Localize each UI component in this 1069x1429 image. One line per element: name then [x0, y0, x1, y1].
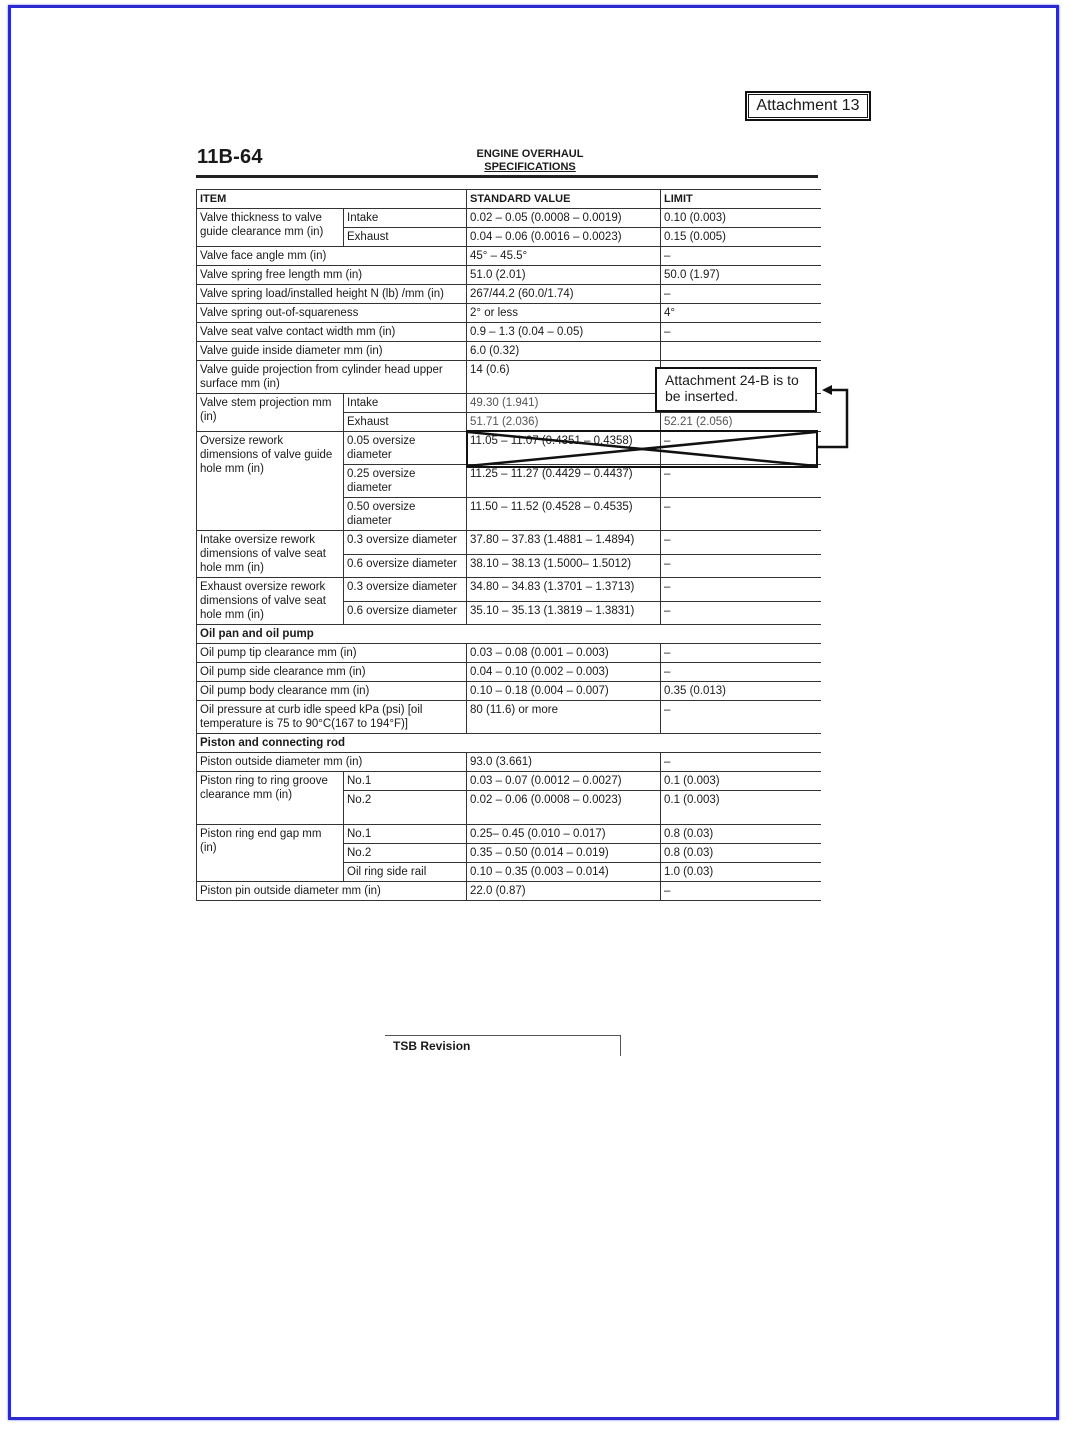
item-cell: Exhaust oversize rework dimensions of va… [197, 578, 344, 625]
limit-cell: – [661, 644, 821, 663]
sub-item-cell: No.1 [344, 825, 467, 844]
sub-item-cell: No.1 [344, 772, 467, 791]
item-cell: Valve guide projection from cylinder hea… [197, 361, 467, 394]
sub-item-cell: No.2 [344, 791, 467, 825]
limit-cell: – [661, 465, 821, 498]
limit-cell: 0.10 (0.003) [661, 209, 821, 228]
limit-cell: – [661, 554, 821, 578]
limit-cell: – [661, 498, 821, 531]
limit-cell: – [661, 285, 821, 304]
standard-cell: 0.25– 0.45 (0.010 – 0.017) [467, 825, 661, 844]
attachment-label: Attachment 13 [745, 91, 871, 121]
table-row: Valve seat valve contact width mm (in) 0… [197, 323, 821, 342]
sub-item-cell: Exhaust [344, 413, 467, 432]
cross-out-icon [468, 432, 816, 466]
sub-item-cell: 0.6 oversize diameter [344, 554, 467, 578]
item-cell: Oil pump tip clearance mm (in) [197, 644, 467, 663]
table-row: Valve spring load/installed height N (lb… [197, 285, 821, 304]
standard-cell-struck: 51.71 (2.036) [467, 413, 661, 432]
table-row: Valve guide inside diameter mm (in) 6.0 … [197, 342, 821, 361]
limit-cell: – [661, 753, 821, 772]
table-row: Piston ring end gap mm (in) No.1 0.25– 0… [197, 825, 821, 844]
footer-tsb-revision: TSB Revision [385, 1035, 621, 1056]
section-row: Piston and connecting rod [197, 734, 821, 753]
standard-cell: 0.10 – 0.35 (0.003 – 0.014) [467, 863, 661, 882]
item-cell: Valve stem projection mm (in) [197, 394, 344, 432]
standard-cell: 38.10 – 38.13 (1.5000– 1.5012) [467, 554, 661, 578]
table-row: Oil pressure at curb idle speed kPa (psi… [197, 701, 821, 734]
limit-cell: 0.8 (0.03) [661, 825, 821, 844]
page-number: 11B-64 [197, 146, 263, 169]
table-row: Piston outside diameter mm (in) 93.0 (3.… [197, 753, 821, 772]
item-cell: Oversize rework dimensions of valve guid… [197, 432, 344, 531]
column-header-limit: LIMIT [661, 190, 821, 209]
attachment-callout: Attachment 24-B is to be inserted. [655, 367, 817, 412]
standard-cell: 51.0 (2.01) [467, 266, 661, 285]
limit-cell: 0.1 (0.003) [661, 772, 821, 791]
item-cell: Piston outside diameter mm (in) [197, 753, 467, 772]
limit-cell: – [661, 601, 821, 625]
standard-cell: 0.03 – 0.07 (0.0012 – 0.0027) [467, 772, 661, 791]
table-row: Valve spring free length mm (in) 51.0 (2… [197, 266, 821, 285]
standard-cell: 22.0 (0.87) [467, 882, 661, 901]
standard-cell: 14 (0.6) [467, 361, 661, 394]
item-cell: Oil pump side clearance mm (in) [197, 663, 467, 682]
item-cell: Oil pump body clearance mm (in) [197, 682, 467, 701]
standard-cell: 93.0 (3.661) [467, 753, 661, 772]
section-title: ENGINE OVERHAUL SPECIFICATIONS [440, 148, 620, 174]
item-cell: Piston ring to ring groove clearance mm … [197, 772, 344, 825]
item-cell: Intake oversize rework dimensions of val… [197, 531, 344, 578]
item-cell: Piston pin outside diameter mm (in) [197, 882, 467, 901]
table-row: Oil pump body clearance mm (in) 0.10 – 0… [197, 682, 821, 701]
limit-cell: 0.8 (0.03) [661, 844, 821, 863]
sub-item-cell: 0.3 oversize diameter [344, 531, 467, 555]
table-header-row: ITEM STANDARD VALUE LIMIT [197, 190, 821, 209]
table-row: Valve thickness to valve guide clearance… [197, 209, 821, 228]
callout-arrow-icon [810, 380, 860, 460]
standard-cell: 35.10 – 35.13 (1.3819 – 1.3831) [467, 601, 661, 625]
limit-cell: 0.35 (0.013) [661, 682, 821, 701]
item-cell: Valve guide inside diameter mm (in) [197, 342, 467, 361]
item-cell: Valve spring free length mm (in) [197, 266, 467, 285]
sub-item-cell: 0.05 oversize diameter [344, 432, 467, 465]
table-row: Valve face angle mm (in) 45° – 45.5° – [197, 247, 821, 266]
limit-cell: – [661, 701, 821, 734]
spec-table: ITEM STANDARD VALUE LIMIT Valve thicknes… [196, 189, 821, 901]
standard-cell: 0.35 – 0.50 (0.014 – 0.019) [467, 844, 661, 863]
table-row: Piston ring to ring groove clearance mm … [197, 772, 821, 791]
limit-cell: 0.15 (0.005) [661, 228, 821, 247]
table-row: Oil pump tip clearance mm (in) 0.03 – 0.… [197, 644, 821, 663]
section-title-main: ENGINE OVERHAUL [477, 148, 584, 160]
limit-cell [661, 342, 821, 361]
item-cell: Valve face angle mm (in) [197, 247, 467, 266]
item-cell: Oil pressure at curb idle speed kPa (psi… [197, 701, 467, 734]
section-heading: Piston and connecting rod [197, 734, 821, 753]
standard-cell: 0.04 – 0.10 (0.002 – 0.003) [467, 663, 661, 682]
standard-cell: 0.9 – 1.3 (0.04 – 0.05) [467, 323, 661, 342]
strikethrough-box [466, 430, 818, 468]
limit-cell: – [661, 247, 821, 266]
table-row: Intake oversize rework dimensions of val… [197, 531, 821, 555]
limit-cell: – [661, 663, 821, 682]
sub-item-cell: Exhaust [344, 228, 467, 247]
standard-cell: 2° or less [467, 304, 661, 323]
column-header-item: ITEM [197, 190, 467, 209]
standard-cell: 37.80 – 37.83 (1.4881 – 1.4894) [467, 531, 661, 555]
limit-cell: 50.0 (1.97) [661, 266, 821, 285]
section-row: Oil pan and oil pump [197, 625, 821, 644]
table-row: Exhaust oversize rework dimensions of va… [197, 578, 821, 602]
standard-cell: 34.80 – 34.83 (1.3701 – 1.3713) [467, 578, 661, 602]
standard-cell: 0.10 – 0.18 (0.004 – 0.007) [467, 682, 661, 701]
item-cell: Valve spring out-of-squareness [197, 304, 467, 323]
standard-cell: 6.0 (0.32) [467, 342, 661, 361]
sub-item-cell: Intake [344, 209, 467, 228]
item-cell: Valve seat valve contact width mm (in) [197, 323, 467, 342]
limit-cell-struck: 52.21 (2.056) [661, 413, 821, 432]
standard-cell: 0.02 – 0.06 (0.0008 – 0.0023) [467, 791, 661, 825]
section-subtitle: SPECIFICATIONS [440, 161, 620, 174]
standard-cell: 11.25 – 11.27 (0.4429 – 0.4437) [467, 465, 661, 498]
table-row: Oil pump side clearance mm (in) 0.04 – 0… [197, 663, 821, 682]
limit-cell: 1.0 (0.03) [661, 863, 821, 882]
standard-cell: 11.50 – 11.52 (0.4528 – 0.4535) [467, 498, 661, 531]
standard-cell: 267/44.2 (60.0/1.74) [467, 285, 661, 304]
item-cell: Piston ring end gap mm (in) [197, 825, 344, 882]
limit-cell: 4° [661, 304, 821, 323]
sub-item-cell: No.2 [344, 844, 467, 863]
footer-label: TSB Revision [393, 1039, 470, 1053]
standard-cell: 0.04 – 0.06 (0.0016 – 0.0023) [467, 228, 661, 247]
item-cell: Valve thickness to valve guide clearance… [197, 209, 344, 247]
table-row: Piston pin outside diameter mm (in) 22.0… [197, 882, 821, 901]
header-rule [196, 175, 818, 178]
standard-cell: 80 (11.6) or more [467, 701, 661, 734]
standard-cell: 0.03 – 0.08 (0.001 – 0.003) [467, 644, 661, 663]
limit-cell: – [661, 882, 821, 901]
limit-cell: – [661, 323, 821, 342]
table-row: Valve spring out-of-squareness 2° or les… [197, 304, 821, 323]
section-heading: Oil pan and oil pump [197, 625, 821, 644]
column-header-standard: STANDARD VALUE [467, 190, 661, 209]
sub-item-cell: Intake [344, 394, 467, 413]
sub-item-cell: 0.3 oversize diameter [344, 578, 467, 602]
sub-item-cell: Oil ring side rail [344, 863, 467, 882]
sub-item-cell: 0.6 oversize diameter [344, 601, 467, 625]
limit-cell: 0.1 (0.003) [661, 791, 821, 825]
standard-cell-struck: 49.30 (1.941) [467, 394, 661, 413]
sub-item-cell: 0.25 oversize diameter [344, 465, 467, 498]
limit-cell: – [661, 531, 821, 555]
limit-cell: – [661, 578, 821, 602]
item-cell: Valve spring load/installed height N (lb… [197, 285, 467, 304]
standard-cell: 0.02 – 0.05 (0.0008 – 0.0019) [467, 209, 661, 228]
standard-cell: 45° – 45.5° [467, 247, 661, 266]
sub-item-cell: 0.50 oversize diameter [344, 498, 467, 531]
